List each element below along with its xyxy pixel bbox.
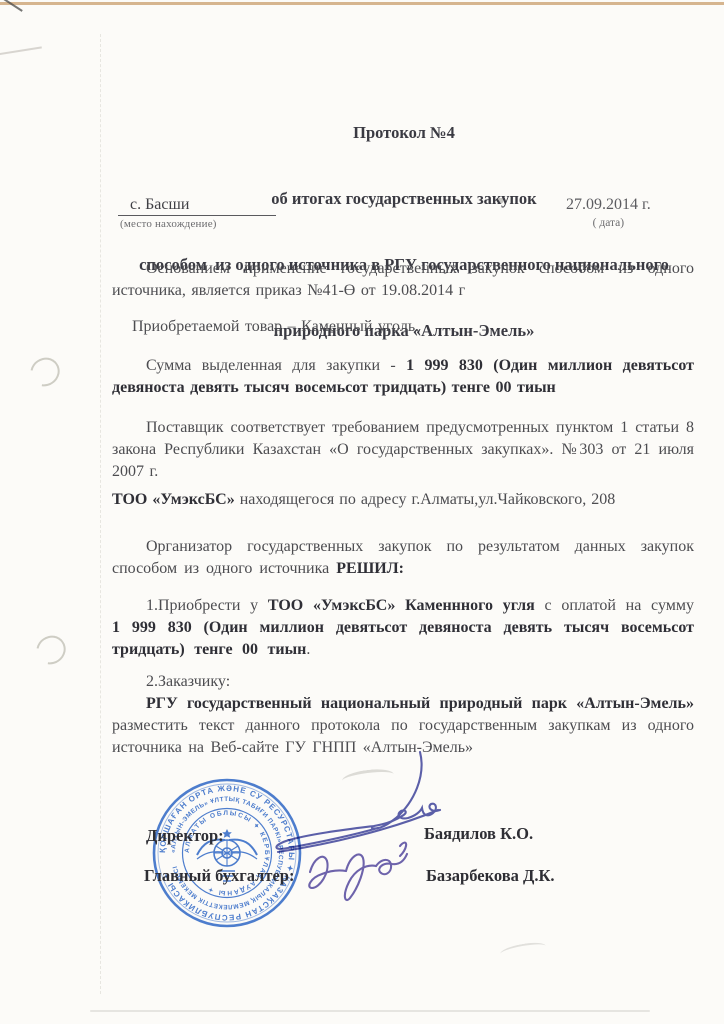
scanned-document-page: { "document": { "title_lines": [ "Проток… [0, 0, 724, 1024]
accountant-signature-icon [300, 838, 420, 904]
paragraph-goods: Приобретаемой товар – Каменный уголь. [112, 316, 694, 338]
scan-top-edge [0, 2, 724, 5]
title-line-1: Протокол №4 [112, 122, 696, 144]
paragraph-supplier: ТОО «УмэксБС» находящегося по адресу г.А… [112, 489, 694, 511]
date-value: 27.09.2014 г. [566, 196, 651, 213]
supplier-address: находящегося по адресу г.Алматы,ул.Чайко… [235, 491, 615, 508]
paragraph-decision-2: 2.Заказчику: [112, 671, 694, 693]
paragraph-basis: Основанием применение государственных за… [112, 258, 694, 302]
punch-hole [31, 630, 72, 670]
place-caption: (место нахождение) [118, 218, 276, 230]
supplier-name: ТОО «УмэксБС» [112, 491, 235, 508]
place-value: с. Басши [118, 196, 276, 216]
paragraph-sum: Сумма выделенная для закупки - 1 999 830… [112, 355, 694, 399]
director-role-label: Директор: [146, 826, 224, 846]
pencil-smudge [499, 940, 546, 960]
decision1-supplier: ТОО «УмэксБС» Каменнного угля [268, 597, 535, 614]
decision1-lead: 1.Приобрести у [146, 597, 268, 614]
scan-bottom-edge [90, 1010, 650, 1012]
paragraph-decision-1: 1.Приобрести у ТОО «УмэксБС» Каменнного … [112, 595, 694, 661]
scan-corner-crease [0, 46, 42, 55]
decision-intro-strong: РЕШИЛ: [336, 560, 404, 577]
place-block: с. Басши (место нахождение) [118, 196, 276, 230]
decision1-mid: с оплатой на сумму [535, 597, 694, 614]
punch-hole [25, 352, 66, 392]
date-block: 27.09.2014 г. ( дата) [566, 196, 651, 229]
date-caption: ( дата) [566, 217, 651, 229]
accountant-name: Базарбекова Д.К. [426, 866, 555, 886]
sum-lead: Сумма выделенная для закупки - [146, 357, 406, 374]
accountant-role-label: Главный бухгалтер: [144, 866, 294, 886]
customer-name: РГУ государственный национальный природн… [146, 695, 694, 712]
paragraph-supplier-law: Поставщик соответствует требованием пред… [112, 417, 694, 483]
paper-fold-crease [100, 34, 101, 994]
paragraph-decision-intro: Организатор государственных закупок по р… [112, 536, 694, 580]
decision1-end: . [306, 641, 310, 658]
decision1-amount: 1 999 830 (Один миллион девятьсот девяно… [112, 619, 694, 658]
